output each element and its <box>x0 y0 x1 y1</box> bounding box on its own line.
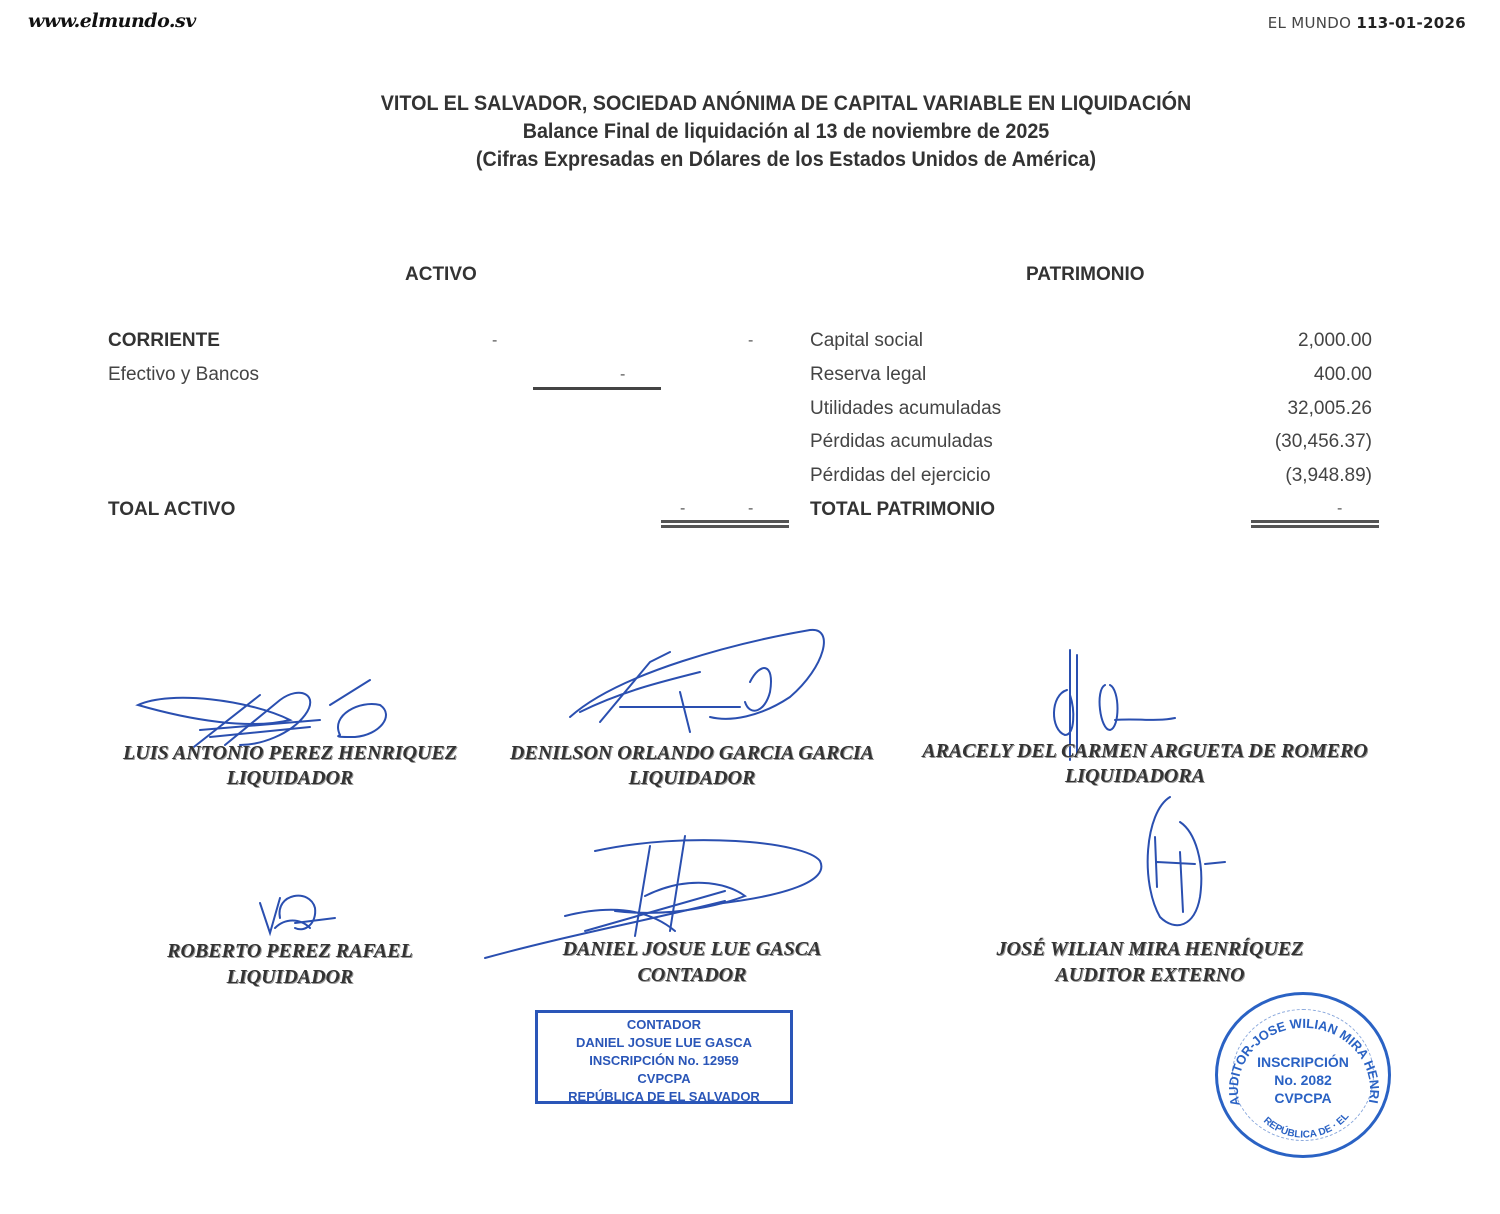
patrimonio-row-value: 2,000.00 <box>1298 330 1372 352</box>
patrimonio-row-label: Utilidades acumuladas <box>810 398 1001 420</box>
patrimonio-row-value: 32,005.26 <box>1287 398 1372 420</box>
stamp-center: INSCRIPCIÓN No. 2082 CVPCPA <box>1218 1053 1388 1107</box>
patrimonio-row-value: (3,948.89) <box>1285 465 1372 487</box>
signatory-role: CONTADOR <box>492 964 892 987</box>
publication-name: EL MUNDO <box>1268 14 1352 32</box>
total-activo-label: TOAL ACTIVO <box>108 499 235 521</box>
stamp-line: CONTADOR <box>538 1016 790 1034</box>
patrimonio-row-label: Pérdidas del ejercicio <box>810 465 991 487</box>
stamp-line: CVPCPA <box>1218 1089 1388 1107</box>
signatory-name: ARACELY DEL CARMEN ARGUETA DE ROMERO <box>900 740 1390 763</box>
signatory-role: AUDITOR EXTERNO <box>950 964 1350 987</box>
publication-date: EL MUNDO 113-01-2026 <box>1268 14 1466 32</box>
efectivo-label: Efectivo y Bancos <box>108 364 259 386</box>
patrimonio-row-label: Reserva legal <box>810 364 926 386</box>
corriente-label: CORRIENTE <box>108 330 220 352</box>
signature-jose-mira <box>1135 792 1235 932</box>
patrimonio-row-label: Pérdidas acumuladas <box>810 431 993 453</box>
signatory-role: LIQUIDADOR <box>492 767 892 790</box>
signature-roberto-perez <box>255 888 345 948</box>
total-patrimonio-value: - <box>1337 500 1342 518</box>
stamp-line: INSCRIPCIÓN No. 12959 <box>538 1052 790 1070</box>
patrimonio-heading: PATRIMONIO <box>1026 264 1145 286</box>
contador-stamp: CONTADOR DANIEL JOSUE LUE GASCA INSCRIPC… <box>535 1010 793 1104</box>
total-activo-col1: - <box>680 500 685 518</box>
patrimonio-row-label: Capital social <box>810 330 923 352</box>
total-patrimonio-label: TOTAL PATRIMONIO <box>810 499 995 521</box>
stamp-line: DANIEL JOSUE LUE GASCA <box>538 1034 790 1052</box>
currency-note: (Cifras Expresadas en Dólares de los Est… <box>47 146 1500 174</box>
statement-title: Balance Final de liquidación al 13 de no… <box>47 118 1500 146</box>
signature-denilson-garcia <box>560 622 830 752</box>
signatory-role: LIQUIDADOR <box>90 966 490 989</box>
signatory-name: DENILSON ORLANDO GARCIA GARCIA <box>492 742 892 765</box>
subtotal-rule <box>533 387 661 390</box>
signatory-name: DANIEL JOSUE LUE GASCA <box>492 938 892 961</box>
company-name: VITOL EL SALVADOR, SOCIEDAD ANÓNIMA DE C… <box>47 90 1500 118</box>
total-activo-col2: - <box>748 500 753 518</box>
signatory-name: LUIS ANTONIO PEREZ HENRIQUEZ <box>90 742 490 765</box>
signatory-role: LIQUIDADORA <box>900 765 1370 788</box>
document-title-block: VITOL EL SALVADOR, SOCIEDAD ANÓNIMA DE C… <box>0 90 1500 174</box>
patrimonio-row-value: (30,456.37) <box>1275 431 1372 453</box>
signatory-role: LIQUIDADOR <box>90 767 490 790</box>
issue-date: 113-01-2026 <box>1356 14 1466 32</box>
auditor-stamp: AUDITOR-JOSE WILIAN MIRA HENRIQUEZ REPÚB… <box>1215 992 1391 1158</box>
signatory-name: ROBERTO PEREZ RAFAEL <box>90 940 490 963</box>
corriente-col1: - <box>492 332 497 350</box>
signatory-name: JOSÉ WILIAN MIRA HENRÍQUEZ <box>950 938 1350 961</box>
stamp-line: No. 2082 <box>1218 1071 1388 1089</box>
total-activo-double-rule <box>661 520 789 528</box>
patrimonio-row-value: 400.00 <box>1314 364 1372 386</box>
stamp-line: CVPCPA <box>538 1070 790 1088</box>
stamp-line: REPÚBLICA DE EL SALVADOR <box>538 1088 790 1106</box>
site-url: www.elmundo.sv <box>28 10 196 32</box>
corriente-col2: - <box>748 332 753 350</box>
activo-heading: ACTIVO <box>405 264 477 286</box>
total-patrimonio-double-rule <box>1251 520 1379 528</box>
stamp-line: INSCRIPCIÓN <box>1218 1053 1388 1071</box>
efectivo-value: - <box>620 366 625 384</box>
